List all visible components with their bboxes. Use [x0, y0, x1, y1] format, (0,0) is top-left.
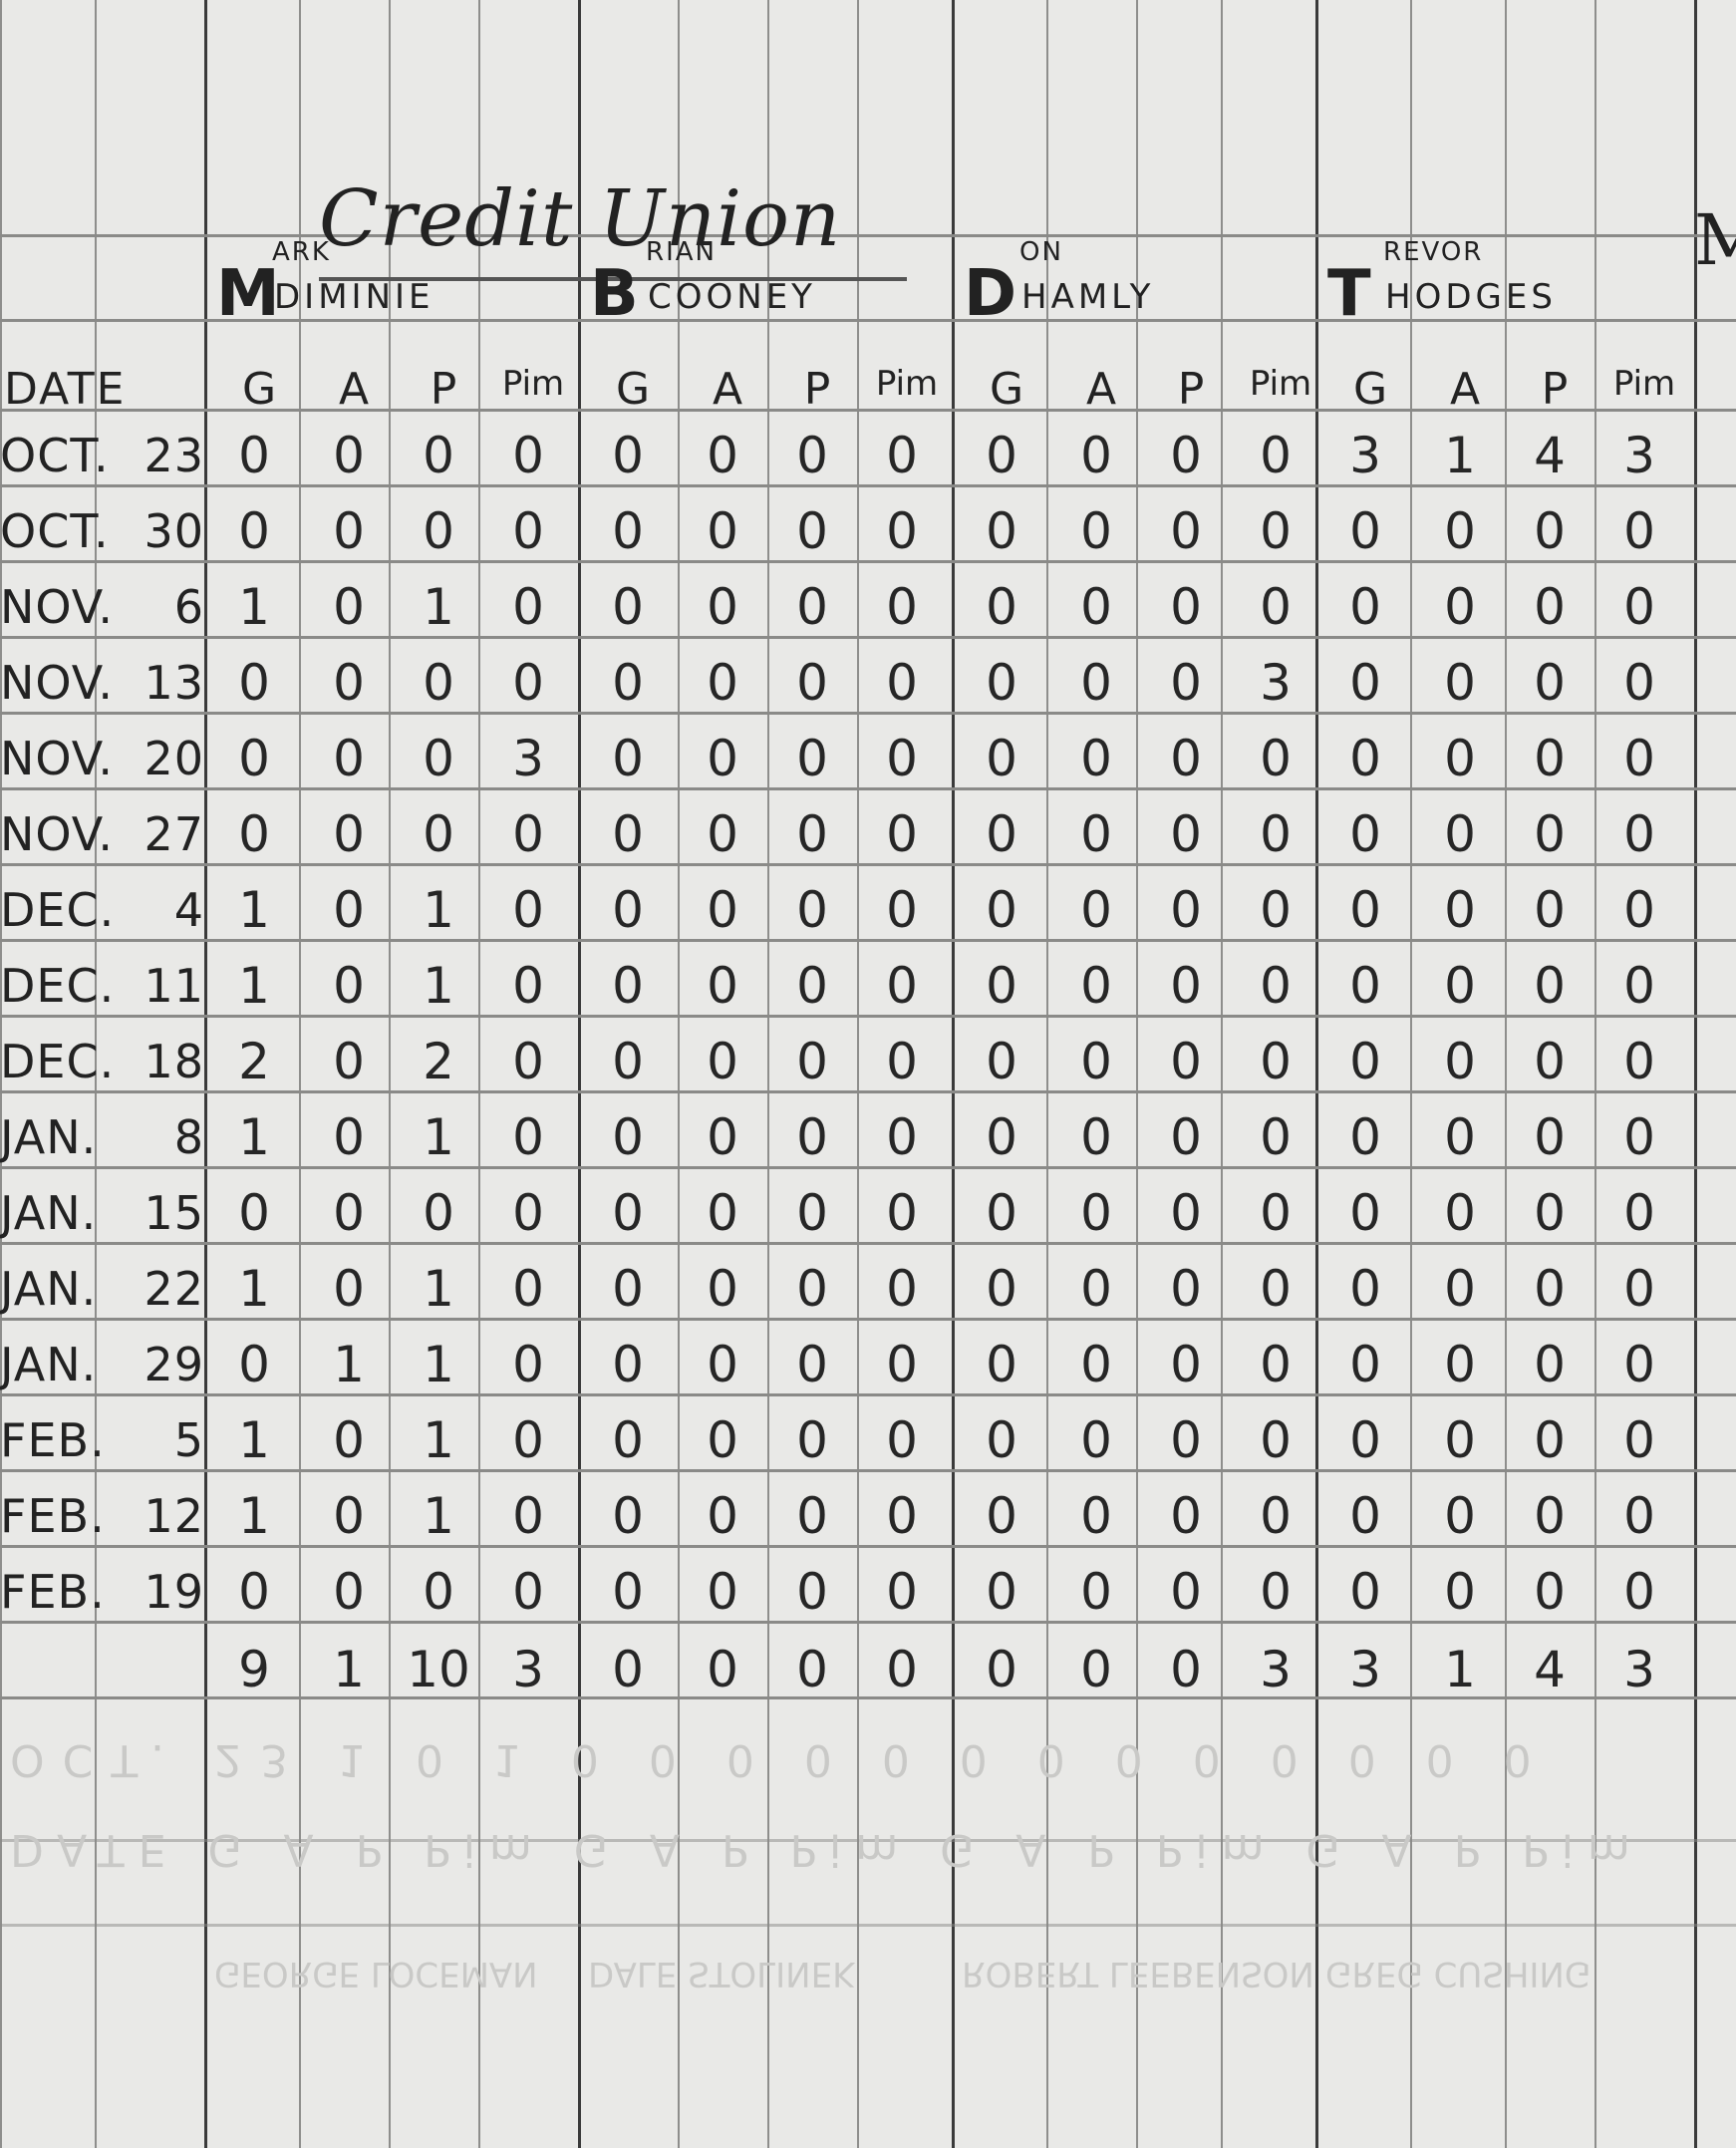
stat-column-header: P — [1141, 364, 1241, 415]
stat-column-header: Pim — [1231, 364, 1330, 404]
total-cell: 3 — [1310, 1641, 1420, 1698]
stat-column-header: A — [1415, 364, 1515, 415]
grid-row-line — [0, 939, 1736, 942]
row-date: NOV.13 — [0, 656, 204, 710]
stat-cell: 0 — [473, 1411, 583, 1469]
stat-cell: 0 — [1585, 1033, 1694, 1090]
stat-cell: 1 — [199, 1260, 309, 1318]
date-month: NOV. — [0, 732, 114, 785]
grid-row-line — [0, 712, 1736, 715]
stat-cell: 0 — [473, 427, 583, 484]
player-initial: M — [216, 257, 280, 331]
stat-cell: 0 — [1585, 881, 1694, 939]
date-month: NOV. — [0, 580, 114, 634]
stat-cell: 0 — [573, 1108, 683, 1166]
player-initial: B — [590, 257, 639, 331]
stat-cell: 0 — [947, 1563, 1056, 1621]
stat-column-header: Pim — [483, 364, 583, 404]
stat-column-header: Pim — [1594, 364, 1694, 404]
stat-cell: 0 — [573, 578, 683, 636]
player-last-name: DIMINIE — [274, 277, 434, 317]
date-month: OCT. — [0, 429, 110, 482]
player-last-name: HAMLY — [1021, 277, 1154, 317]
stat-cell: 0 — [199, 502, 309, 560]
stat-cell: 0 — [473, 1184, 583, 1242]
date-month: NOV. — [0, 807, 114, 861]
stat-cell: 0 — [473, 502, 583, 560]
row-date: FEB.19 — [0, 1565, 204, 1619]
player-initial: T — [1327, 257, 1371, 331]
stat-cell: 0 — [473, 654, 583, 712]
date-month: FEB. — [0, 1489, 106, 1543]
stat-cell: 0 — [1585, 1336, 1694, 1393]
stat-cell: 0 — [199, 1336, 309, 1393]
stat-cell: 0 — [573, 502, 683, 560]
row-date: JAN.22 — [0, 1262, 204, 1316]
grid-row-line — [0, 484, 1736, 487]
stat-cell: 2 — [199, 1033, 309, 1090]
grid-row-line — [0, 560, 1736, 563]
stat-cell: 0 — [947, 427, 1056, 484]
stat-cell: 0 — [847, 957, 957, 1015]
stat-cell: 0 — [847, 654, 957, 712]
stat-cell: 0 — [573, 1260, 683, 1318]
row-date: NOV.20 — [0, 732, 204, 785]
stat-cell: 0 — [199, 730, 309, 787]
date-day: 20 — [144, 732, 204, 785]
grid-row-line — [0, 1924, 1736, 1927]
bleed-through-name: GEORGE LOCEMAN — [214, 1954, 538, 1994]
stat-cell: 0 — [1310, 881, 1420, 939]
row-date: FEB.12 — [0, 1489, 204, 1543]
stat-cell: 0 — [1585, 1260, 1694, 1318]
stat-column-header: G — [583, 364, 683, 415]
player-last-name: COONEY — [648, 277, 816, 317]
stat-cell: 1 — [199, 881, 309, 939]
date-month: FEB. — [0, 1413, 106, 1467]
stat-cell: 0 — [947, 1033, 1056, 1090]
stat-cell: 0 — [199, 427, 309, 484]
bleed-through-row: OCT. 23 1 0 1 0 0 0 0 0 0 0 0 0 0 0 0 0 — [10, 1734, 1550, 1785]
stat-cell: 0 — [199, 805, 309, 863]
grid-row-line — [0, 1166, 1736, 1169]
stat-cell: 3 — [1310, 427, 1420, 484]
grid-row-line — [0, 1242, 1736, 1245]
player-first-name: ARK — [272, 237, 331, 267]
row-date: JAN.29 — [0, 1338, 204, 1391]
total-cell: 9 — [199, 1641, 309, 1698]
stat-cell: 0 — [1585, 578, 1694, 636]
stat-cell: 0 — [473, 805, 583, 863]
stat-cell: 0 — [473, 1108, 583, 1166]
stat-cell: 0 — [1585, 654, 1694, 712]
stat-cell: 0 — [1310, 654, 1420, 712]
grid-row-line — [0, 787, 1736, 790]
stat-cell: 0 — [199, 654, 309, 712]
row-date: FEB.5 — [0, 1413, 204, 1467]
stat-cell: 0 — [573, 1336, 683, 1393]
row-date: JAN.8 — [0, 1110, 204, 1164]
stat-cell: 0 — [847, 427, 957, 484]
total-cell: 0 — [847, 1641, 957, 1698]
stat-cell: 0 — [947, 1336, 1056, 1393]
stat-cell: 0 — [847, 1260, 957, 1318]
total-cell: 0 — [573, 1641, 683, 1698]
stat-cell: 0 — [847, 1563, 957, 1621]
stat-cell: 0 — [1585, 1487, 1694, 1545]
stat-cell: 0 — [573, 957, 683, 1015]
stat-cell: 0 — [847, 1411, 957, 1469]
stat-cell: 0 — [847, 578, 957, 636]
stat-cell: 0 — [1310, 1563, 1420, 1621]
stat-cell: 1 — [199, 578, 309, 636]
stat-column-header: G — [957, 364, 1056, 415]
stat-cell: 0 — [1585, 502, 1694, 560]
stat-cell: 0 — [573, 1184, 683, 1242]
row-date: NOV.6 — [0, 580, 204, 634]
stat-cell: 0 — [947, 1260, 1056, 1318]
stat-cell: 0 — [473, 1336, 583, 1393]
date-day: 18 — [144, 1035, 204, 1088]
date-day: 29 — [144, 1338, 204, 1391]
stat-cell: 0 — [947, 881, 1056, 939]
row-date: JAN.15 — [0, 1186, 204, 1240]
date-month: DEC. — [0, 1035, 115, 1088]
stat-cell: 0 — [1585, 1563, 1694, 1621]
stat-column-header: A — [678, 364, 777, 415]
stat-cell: 0 — [847, 502, 957, 560]
player-initial: D — [964, 257, 1016, 331]
bleed-through-header: DATE G A P Pim G A P Pim G A P Pim G A P… — [10, 1824, 1644, 1875]
date-day: 11 — [144, 959, 204, 1013]
stat-cell: 0 — [573, 730, 683, 787]
stat-cell: 0 — [1585, 1411, 1694, 1469]
stat-cell: 0 — [847, 1033, 957, 1090]
grid-row-line — [0, 1393, 1736, 1396]
stat-cell: 0 — [847, 881, 957, 939]
stat-cell: 0 — [1310, 502, 1420, 560]
stat-cell: 0 — [1585, 805, 1694, 863]
date-month: FEB. — [0, 1565, 106, 1619]
player-first-name: ON — [1019, 237, 1063, 267]
stat-cell: 0 — [1310, 1487, 1420, 1545]
stat-column-header: G — [1320, 364, 1420, 415]
row-date: DEC.11 — [0, 959, 204, 1013]
stat-cell: 0 — [573, 1487, 683, 1545]
row-date: DEC.4 — [0, 883, 204, 937]
grid-row-line — [0, 1090, 1736, 1093]
grid-row-line — [0, 1015, 1736, 1018]
date-day: 30 — [144, 504, 204, 558]
date-month: JAN. — [0, 1338, 97, 1391]
stat-cell: 0 — [847, 805, 957, 863]
team-title: Credit Union — [319, 174, 841, 264]
total-cell: 3 — [1585, 1641, 1694, 1698]
stat-column-header: P — [1505, 364, 1604, 415]
stat-cell: 0 — [473, 881, 583, 939]
stat-cell: 0 — [847, 1184, 957, 1242]
stat-cell: 0 — [1585, 957, 1694, 1015]
row-date: NOV.27 — [0, 807, 204, 861]
stat-cell: 3 — [1585, 427, 1694, 484]
stat-cell: 0 — [473, 1563, 583, 1621]
stat-cell: 0 — [1310, 1336, 1420, 1393]
grid-row-line — [0, 1318, 1736, 1321]
stat-cell: 0 — [1585, 1184, 1694, 1242]
stat-cell: 0 — [947, 502, 1056, 560]
date-month: JAN. — [0, 1110, 97, 1164]
stat-cell: 0 — [573, 1033, 683, 1090]
date-month: DEC. — [0, 883, 115, 937]
date-day: 23 — [144, 429, 204, 482]
stat-cell: 0 — [199, 1184, 309, 1242]
stat-cell: 0 — [473, 578, 583, 636]
stat-cell: 0 — [1310, 805, 1420, 863]
stat-column-header: Pim — [857, 364, 957, 404]
date-day: 15 — [144, 1186, 204, 1240]
stat-cell: 0 — [947, 1487, 1056, 1545]
bleed-through-name: ROBERT LEEBENSON — [962, 1954, 1314, 1994]
date-month: DEC. — [0, 959, 115, 1013]
stat-cell: 0 — [573, 654, 683, 712]
row-date: DEC.18 — [0, 1035, 204, 1088]
stat-cell: 0 — [473, 1033, 583, 1090]
stat-cell: 0 — [573, 805, 683, 863]
grid-row-line — [0, 636, 1736, 639]
stat-cell: 0 — [947, 578, 1056, 636]
stat-cell: 0 — [473, 1260, 583, 1318]
stat-column-header: A — [1051, 364, 1151, 415]
date-day: 22 — [144, 1262, 204, 1316]
stat-cell: 0 — [947, 957, 1056, 1015]
stat-cell: 0 — [1310, 1411, 1420, 1469]
stat-cell: 0 — [847, 1108, 957, 1166]
stat-cell: 0 — [947, 730, 1056, 787]
date-day: 27 — [144, 807, 204, 861]
grid-row-line — [0, 1545, 1736, 1548]
stat-cell: 0 — [947, 805, 1056, 863]
stat-cell: 0 — [1310, 1033, 1420, 1090]
date-day: 12 — [144, 1489, 204, 1543]
date-day: 19 — [144, 1565, 204, 1619]
stat-cell: 0 — [573, 881, 683, 939]
bleed-through-name: GREG CUSHING — [1325, 1954, 1591, 1994]
stat-cell: 0 — [573, 1563, 683, 1621]
stat-cell: 0 — [573, 427, 683, 484]
stat-cell: 0 — [1585, 730, 1694, 787]
date-header: DATE — [4, 364, 126, 415]
stat-cell: 1 — [199, 1108, 309, 1166]
stat-cell: 1 — [199, 1487, 309, 1545]
stat-cell: 1 — [199, 957, 309, 1015]
total-cell: 0 — [947, 1641, 1056, 1698]
stat-cell: 3 — [473, 730, 583, 787]
grid-row-line — [0, 1469, 1736, 1472]
stat-cell: 0 — [1310, 1260, 1420, 1318]
stat-column-header: P — [394, 364, 493, 415]
stat-cell: 0 — [847, 1336, 957, 1393]
stat-cell: 0 — [1585, 1108, 1694, 1166]
stat-cell: 0 — [473, 957, 583, 1015]
stat-cell: 0 — [1310, 1184, 1420, 1242]
grid-column-line — [1694, 0, 1697, 2148]
date-month: OCT. — [0, 504, 110, 558]
stat-column-header: P — [767, 364, 867, 415]
row-date: OCT.23 — [0, 429, 204, 482]
bleed-through-name: DALE STOLINEK — [588, 1954, 854, 1994]
date-day: 13 — [144, 656, 204, 710]
stat-cell: 0 — [847, 730, 957, 787]
grid-row-line — [0, 1621, 1736, 1624]
stat-cell: 0 — [1310, 730, 1420, 787]
stat-cell: 0 — [1310, 1108, 1420, 1166]
player-first-name: RIAN — [646, 237, 717, 267]
total-cell: 3 — [473, 1641, 583, 1698]
stat-cell: 0 — [847, 1487, 957, 1545]
row-date: OCT.30 — [0, 504, 204, 558]
stat-cell: 0 — [199, 1563, 309, 1621]
stat-cell: 0 — [947, 1184, 1056, 1242]
stat-column-header: G — [209, 364, 309, 415]
next-page-initial: M — [1694, 199, 1736, 281]
date-month: JAN. — [0, 1262, 97, 1316]
grid-row-line — [0, 863, 1736, 866]
stat-cell: 0 — [947, 1411, 1056, 1469]
date-month: JAN. — [0, 1186, 97, 1240]
stat-cell: 1 — [199, 1411, 309, 1469]
date-month: NOV. — [0, 656, 114, 710]
stat-cell: 0 — [947, 654, 1056, 712]
stat-cell: 0 — [473, 1487, 583, 1545]
stat-cell: 0 — [947, 1108, 1056, 1166]
player-first-name: REVOR — [1383, 237, 1483, 267]
stat-cell: 0 — [573, 1411, 683, 1469]
stat-cell: 0 — [1310, 957, 1420, 1015]
player-last-name: HODGES — [1385, 277, 1557, 317]
stat-cell: 0 — [1310, 578, 1420, 636]
stat-column-header: A — [304, 364, 404, 415]
